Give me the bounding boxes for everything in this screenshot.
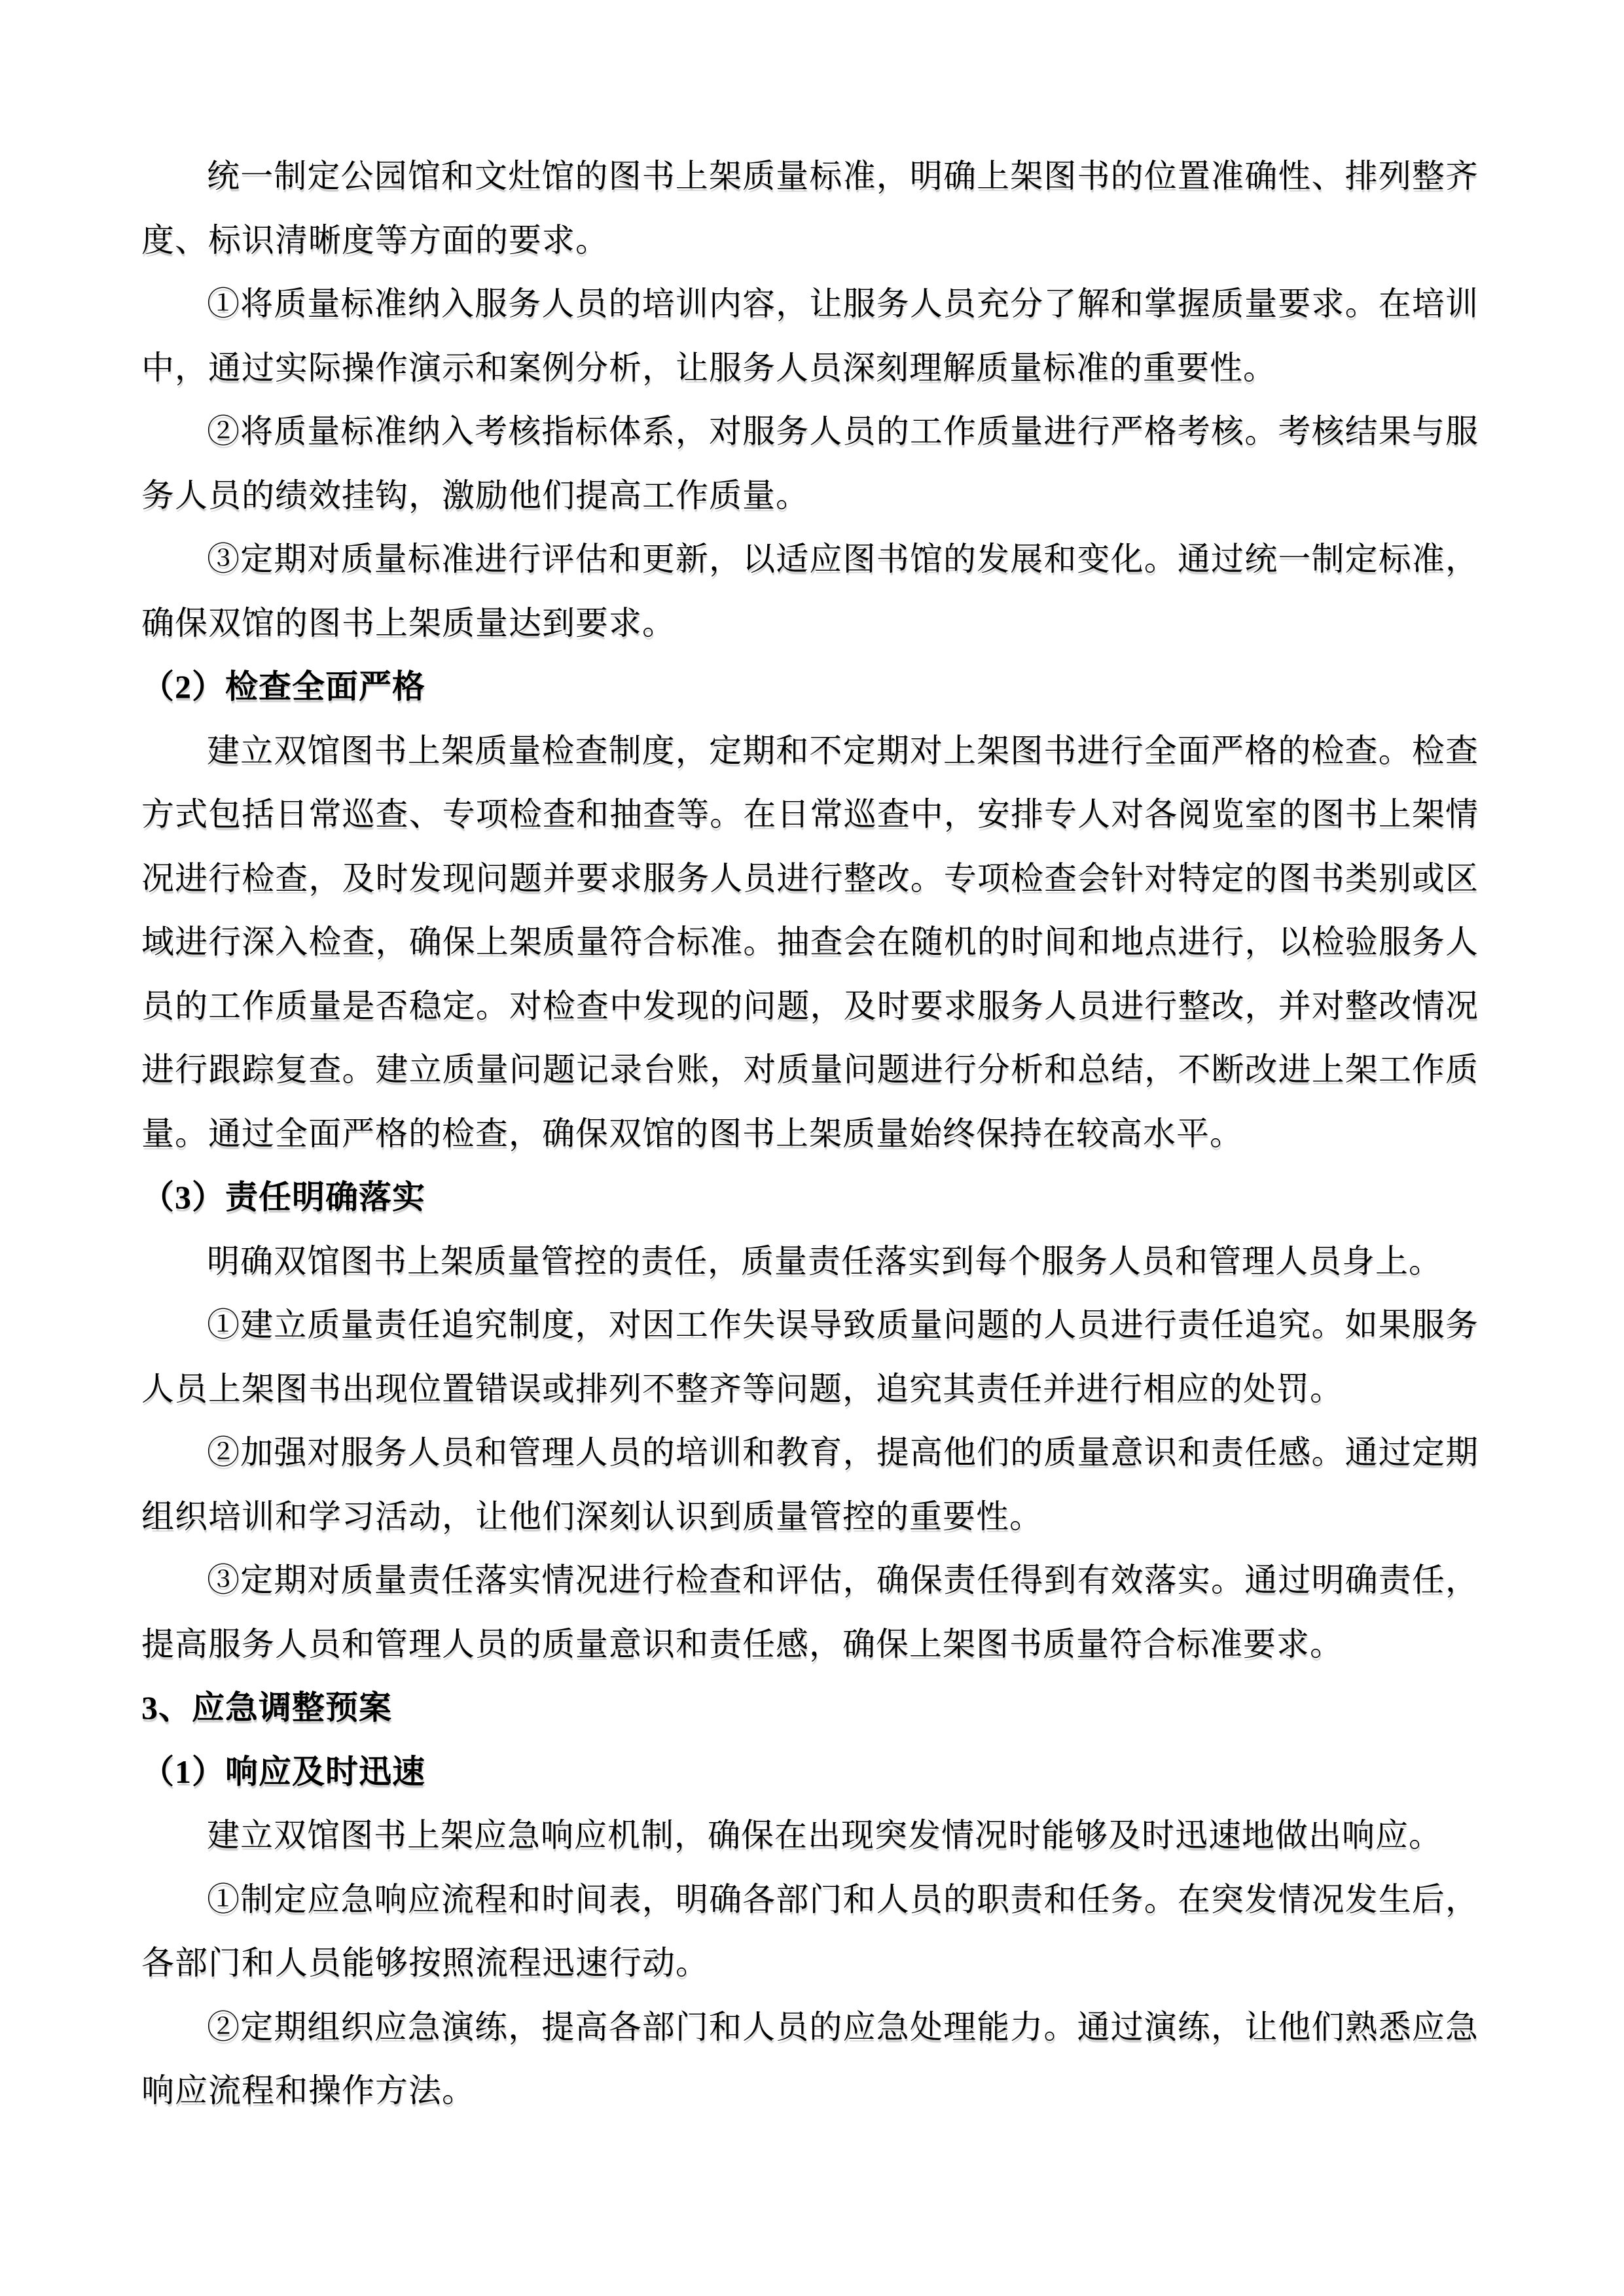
- paragraph-responsibility-assignment: 明确双馆图书上架质量管控的责任，质量责任落实到每个服务人员和管理人员身上。: [141, 1230, 1479, 1294]
- heading-response-timely: （1）响应及时迅速: [141, 1740, 1479, 1804]
- paragraph-responsibility-evaluation: ③定期对质量责任落实情况进行检查和评估，确保责任得到有效落实。通过明确责任，提高…: [141, 1549, 1479, 1676]
- document-page: 统一制定公园馆和文灶馆的图书上架质量标准，明确上架图书的位置准确性、排列整齐度、…: [0, 0, 1624, 2296]
- heading-inspection-strict: （2）检查全面严格: [141, 655, 1479, 719]
- paragraph-standard-assessment: ②将质量标准纳入考核指标体系，对服务人员的工作质量进行严格考核。考核结果与服务人…: [141, 400, 1479, 528]
- paragraph-emergency-process: ①制定应急响应流程和时间表，明确各部门和人员的职责和任务。在突发情况发生后，各部…: [141, 1868, 1479, 1996]
- paragraph-responsibility-accountability: ①建立质量责任追究制度，对因工作失误导致质量问题的人员进行责任追究。如果服务人员…: [141, 1293, 1479, 1421]
- heading-emergency-plan: 3、应急调整预案: [141, 1676, 1479, 1740]
- paragraph-inspection-system: 建立双馆图书上架质量检查制度，定期和不定期对上架图书进行全面严格的检查。检查方式…: [141, 719, 1479, 1166]
- paragraph-responsibility-training: ②加强对服务人员和管理人员的培训和教育，提高他们的质量意识和责任感。通过定期组织…: [141, 1421, 1479, 1549]
- heading-responsibility-implementation: （3）责任明确落实: [141, 1166, 1479, 1230]
- paragraph-standard-update: ③定期对质量标准进行评估和更新，以适应图书馆的发展和变化。通过统一制定标准，确保…: [141, 528, 1479, 655]
- paragraph-emergency-drill: ②定期组织应急演练，提高各部门和人员的应急处理能力。通过演练，让他们熟悉应急响应…: [141, 1996, 1479, 2123]
- paragraph-quality-standard: 统一制定公园馆和文灶馆的图书上架质量标准，明确上架图书的位置准确性、排列整齐度、…: [141, 145, 1479, 272]
- paragraph-standard-training: ①将质量标准纳入服务人员的培训内容，让服务人员充分了解和掌握质量要求。在培训中，…: [141, 272, 1479, 400]
- paragraph-emergency-mechanism: 建立双馆图书上架应急响应机制，确保在出现突发情况时能够及时迅速地做出响应。: [141, 1804, 1479, 1868]
